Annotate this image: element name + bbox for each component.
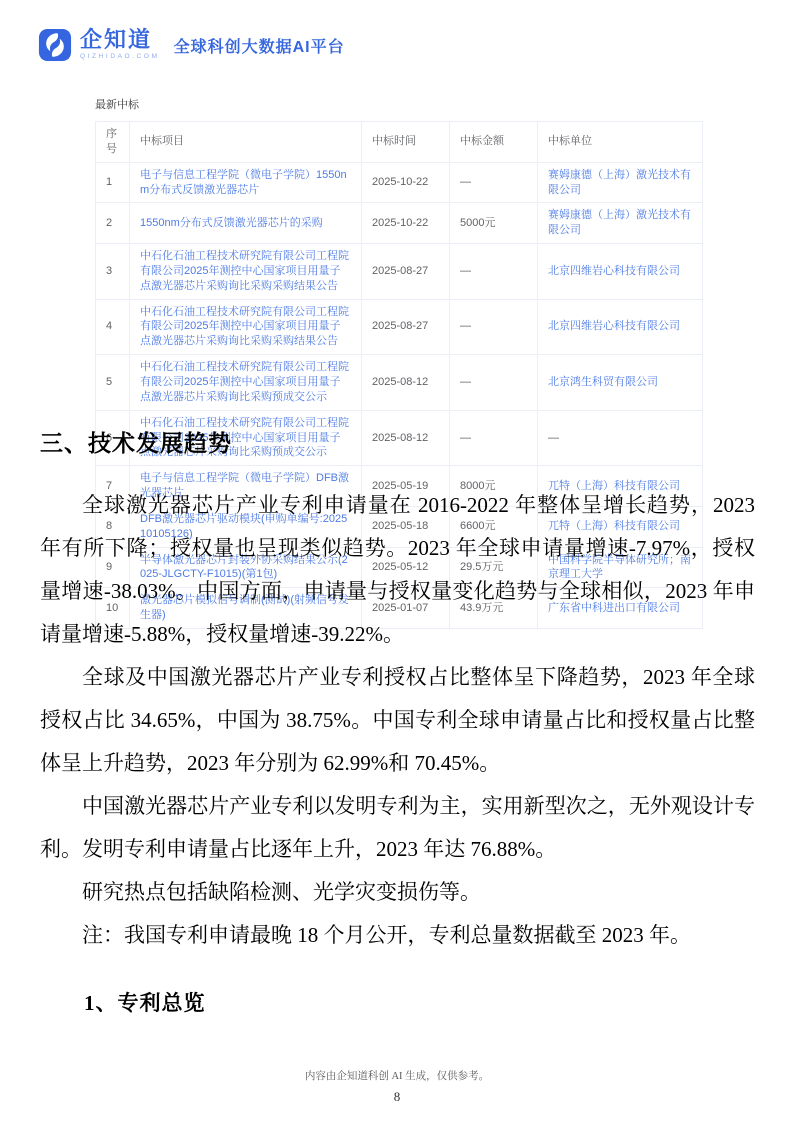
paragraph-global-trend: 全球激光器芯片产业专利申请量在 2016-2022 年整体呈增长趋势，2023 … xyxy=(40,484,755,656)
bid-date: 2025-08-27 xyxy=(362,244,450,300)
column-header-project: 中标项目 xyxy=(130,122,362,163)
page-number: 8 xyxy=(0,1089,794,1105)
section-heading: 三、技术发展趋势 xyxy=(40,425,755,458)
paragraph-research-hotspots: 研究热点包括缺陷检测、光学灾变损伤等。 xyxy=(40,871,755,914)
brand-name: 企知道 xyxy=(80,29,160,51)
bid-amount: — xyxy=(450,162,538,203)
bid-date: 2025-10-22 xyxy=(362,203,450,244)
brand-text: 企知道 QIZHIDAO.COM xyxy=(80,29,160,61)
bid-index: 5 xyxy=(96,355,130,411)
bid-amount: 5000元 xyxy=(450,203,538,244)
table-row: 3 中石化石油工程技术研究院有限公司工程院有限公司2025年测控中心国家项目用量… xyxy=(96,244,703,300)
column-header-winner: 中标单位 xyxy=(538,122,703,163)
bid-project-link[interactable]: 中石化石油工程技术研究院有限公司工程院有限公司2025年测控中心国家项目用量子点… xyxy=(130,244,362,300)
bid-winner-link[interactable]: 北京四维岩心科技有限公司 xyxy=(538,299,703,355)
bid-winner-link[interactable]: 赛姆康德（上海）激光技术有限公司 xyxy=(538,203,703,244)
page-header: 企知道 QIZHIDAO.COM 全球科创大数据AI平台 xyxy=(38,28,345,62)
bid-amount: — xyxy=(450,299,538,355)
paragraph-patent-types: 中国激光器芯片产业专利以发明专利为主，实用新型次之，无外观设计专利。发明专利申请… xyxy=(40,785,755,871)
bid-winner-link[interactable]: 北京鸿生科贸有限公司 xyxy=(538,355,703,411)
column-header-date: 中标时间 xyxy=(362,122,450,163)
table-header-row: 序号 中标项目 中标时间 中标金额 中标单位 xyxy=(96,122,703,163)
paragraph-grant-share: 全球及中国激光器芯片产业专利授权占比整体呈下降趋势，2023 年全球授权占比 3… xyxy=(40,656,755,785)
table-row: 1 电子与信息工程学院（微电子学院）1550nm分布式反馈激光器芯片 2025-… xyxy=(96,162,703,203)
latest-bids-title: 最新中标 xyxy=(95,96,702,112)
paragraph-note: 注：我国专利申请最晚 18 个月公开，专利总量数据截至 2023 年。 xyxy=(40,914,755,957)
bid-project-link[interactable]: 中石化石油工程技术研究院有限公司工程院有限公司2025年测控中心国家项目用量子点… xyxy=(130,299,362,355)
footer-disclaimer: 内容由企知道科创 AI 生成，仅供参考。 xyxy=(0,1068,794,1083)
bid-date: 2025-10-22 xyxy=(362,162,450,203)
report-page: 企知道 QIZHIDAO.COM 全球科创大数据AI平台 最新中标 序号 中标项… xyxy=(0,0,794,1123)
bid-amount: — xyxy=(450,355,538,411)
column-header-amount: 中标金额 xyxy=(450,122,538,163)
column-header-no: 序号 xyxy=(96,122,130,163)
bid-amount: — xyxy=(450,244,538,300)
bid-project-link[interactable]: 1550nm分布式反馈激光器芯片的采购 xyxy=(130,203,362,244)
document-body: 三、技术发展趋势 全球激光器芯片产业专利申请量在 2016-2022 年整体呈增… xyxy=(40,425,755,1017)
bid-index: 4 xyxy=(96,299,130,355)
subsection-heading: 1、专利总览 xyxy=(84,987,755,1017)
bid-winner-link[interactable]: 北京四维岩心科技有限公司 xyxy=(538,244,703,300)
bid-index: 2 xyxy=(96,203,130,244)
table-row: 5 中石化石油工程技术研究院有限公司工程院有限公司2025年测控中心国家项目用量… xyxy=(96,355,703,411)
bid-winner-link[interactable]: 赛姆康德（上海）激光技术有限公司 xyxy=(538,162,703,203)
qizhidao-logo-icon xyxy=(38,28,72,62)
table-row: 4 中石化石油工程技术研究院有限公司工程院有限公司2025年测控中心国家项目用量… xyxy=(96,299,703,355)
bid-project-link[interactable]: 电子与信息工程学院（微电子学院）1550nm分布式反馈激光器芯片 xyxy=(130,162,362,203)
bid-date: 2025-08-27 xyxy=(362,299,450,355)
bid-index: 3 xyxy=(96,244,130,300)
brand-domain: QIZHIDAO.COM xyxy=(80,54,160,61)
bid-project-link[interactable]: 中石化石油工程技术研究院有限公司工程院有限公司2025年测控中心国家项目用量子点… xyxy=(130,355,362,411)
bid-index: 1 xyxy=(96,162,130,203)
table-row: 2 1550nm分布式反馈激光器芯片的采购 2025-10-22 5000元 赛… xyxy=(96,203,703,244)
brand-tagline: 全球科创大数据AI平台 xyxy=(174,34,345,57)
page-footer: 内容由企知道科创 AI 生成，仅供参考。 8 xyxy=(0,1068,794,1105)
bid-date: 2025-08-12 xyxy=(362,355,450,411)
